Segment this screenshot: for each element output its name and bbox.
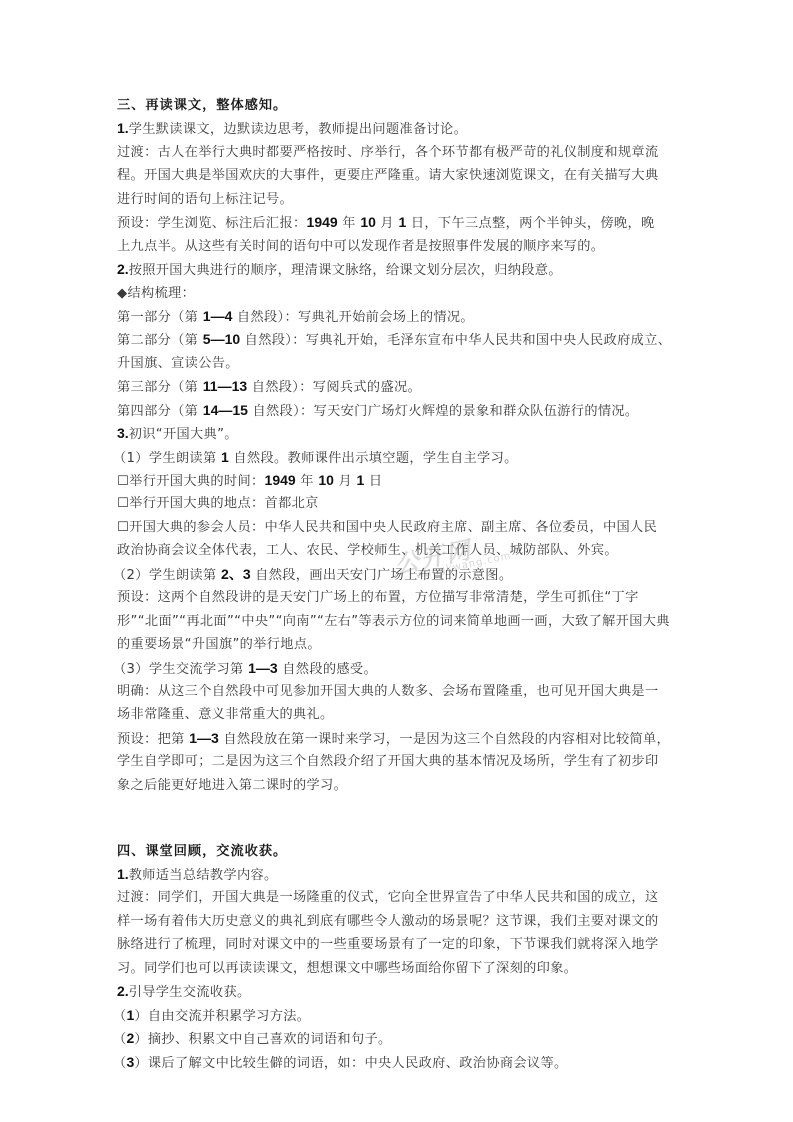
sub-item: （2）学生朗读第 2、3 自然段，画出天安门广场上布置的示意图。	[113, 563, 679, 586]
item-number: 2.	[117, 261, 129, 277]
paragraph-line: 预设：这两个自然段讲的是天安门广场上的布置，方位描写非常清楚，学生可抓住“丁字	[117, 586, 679, 609]
range: 5—10	[203, 331, 240, 347]
text: ☐举行开国大典的时间：	[117, 474, 265, 489]
text: 月	[334, 474, 357, 489]
paragraph-line: 场非常隆重、意义非常重大的典礼。	[117, 703, 679, 726]
part-line: 第一部分（第 1—4 自然段）：写典礼开始前会场上的情况。	[117, 305, 679, 328]
text: 自然段放在第一课时来学习，一是因为这三个自然段的内容相对比较简单，	[219, 732, 670, 747]
item-text: 教师适当总结教学内容。	[129, 868, 278, 883]
numbered-item: 3.初识“开国大典”。	[117, 422, 679, 445]
sub-item: （2）摘抄、积累文中自己喜欢的词语和句子。	[113, 1027, 679, 1050]
section-heading: 四、课堂回顾，交流收获。	[117, 840, 679, 863]
paragraph-line: 过渡：古人在举行大典时都要严格按时、序举行，各个环节都有极严苛的礼仪制度和规章流	[117, 141, 679, 164]
blank-item: ☐举行开国大典的时间：1949 年 10 月 1 日	[117, 469, 679, 492]
text: ）自由交流并积累学习方法。	[134, 1009, 310, 1024]
paragraph-line: 过渡：同学们，开国大典是一场隆重的仪式，它向全世界宣告了中华人民共和国的成立，这	[117, 886, 679, 909]
numbered-item: 1.教师适当总结教学内容。	[117, 863, 679, 886]
text: 自然段）：写天安门广场灯火辉煌的景象和群众队伍游行的情况。	[248, 404, 639, 419]
text: 日，下午三点整，两个半钟头，傍晚，晚	[406, 216, 654, 231]
structure-label: ◆结构梳理：	[117, 282, 679, 305]
paragraph-line: 的重要场景“升国旗”的举行地点。	[117, 633, 679, 656]
text: （1）学生朗读第	[113, 451, 221, 466]
sub-item: （1）学生朗读第 1 自然段。教师课件出示填空题，学生自主学习。	[113, 446, 679, 469]
paragraph-line: 学生自学即可；二是因为这三个自然段介绍了开国大典的基本情况及场所，学生有了初步印	[117, 750, 679, 773]
range: 14—15	[203, 402, 248, 418]
paragraph-line: 预设：学生浏览、标注后汇报：1949 年 10 月 1 日，下午三点整，两个半钟…	[117, 211, 679, 234]
item-text: 按照开国大典进行的顺序，理清课文脉络，给课文划分层次，归纳段意。	[129, 263, 562, 278]
item-text: 初识“开国大典”。	[129, 427, 238, 442]
text: 月	[376, 216, 399, 231]
text: 预设：把第	[117, 732, 189, 747]
text: 第一部分（第	[117, 310, 203, 325]
text: 预设：学生浏览、标注后汇报：	[117, 216, 307, 231]
text: 第四部分（第	[117, 404, 203, 419]
paragraph-line: 明确：从这三个自然段中可见参加开国大典的人数多、会场布置隆重，也可见开国大典是一	[117, 680, 679, 703]
blank-item: ☐举行开国大典的地点：首都北京	[117, 492, 679, 515]
number: 1—3	[189, 730, 219, 746]
part-line: 第四部分（第 14—15 自然段）：写天安门广场灯火辉煌的景象和群众队伍游行的情…	[117, 399, 679, 422]
item-text: 引导学生交流收获。	[129, 985, 251, 1000]
item-number: 1.	[117, 866, 129, 882]
year: 1949	[307, 214, 338, 230]
paragraph-line: 进行时间的语句上标注记号。	[117, 188, 679, 211]
spacer	[117, 797, 679, 820]
text: 自然段）：写典礼开始，毛泽东宣布中华人民共和国中央人民政府成立、	[240, 333, 671, 348]
year: 1949	[265, 472, 296, 488]
text: 自然段的感受。	[278, 662, 377, 677]
paragraph-line: 象之后能更好地进入第二课时的学习。	[117, 774, 679, 797]
text: （	[113, 1009, 127, 1024]
text: 自然段，画出天安门广场上布置的示意图。	[251, 568, 513, 583]
part-line: 第三部分（第 11—13 自然段）：写阅兵式的盛况。	[117, 375, 679, 398]
text: （2）学生朗读第	[113, 568, 221, 583]
number: 2、3	[221, 566, 251, 582]
blank-item: ☐开国大典的参会人员：中华人民共和国中央人民政府主席、副主席、各位委员，中国人民	[117, 516, 679, 539]
text: 自然段）：写阅兵式的盛况。	[247, 380, 421, 395]
part-line-cont: 升国旗、宣读公告。	[117, 352, 679, 375]
number: 1	[221, 449, 229, 465]
text: 第三部分（第	[117, 380, 203, 395]
sub-item: （3）课后了解文中比较生僻的词语，如：中央人民政府、政治协商会议等。	[113, 1051, 679, 1074]
text: ）课后了解文中比较生僻的词语，如：中央人民政府、政治协商会议等。	[134, 1056, 567, 1071]
paragraph-line: 上九点半。从这些有关时间的语句中可以发现作者是按照事件发展的顺序来写的。	[117, 235, 679, 258]
sub-item: （3）学生交流学习第 1—3 自然段的感受。	[113, 657, 679, 680]
item-number: 1.	[117, 120, 129, 136]
text: 自然段。教师课件出示填空题，学生自主学习。	[229, 451, 518, 466]
section-heading: 三、再读课文，整体感知。	[117, 94, 679, 117]
text: 日	[364, 474, 382, 489]
part-line: 第二部分（第 5—10 自然段）：写典礼开始，毛泽东宣布中华人民共和国中央人民政…	[117, 328, 679, 351]
text: 年	[296, 474, 319, 489]
month: 10	[318, 472, 334, 488]
range: 11—13	[203, 378, 247, 394]
month: 10	[360, 214, 376, 230]
spacer	[117, 821, 679, 840]
text: （	[113, 1056, 127, 1071]
paragraph-line: 习。同学们也可以再读读课文，想想课文中哪些场面给你留下了深刻的印象。	[117, 957, 679, 980]
text: （3）学生交流学习第	[113, 662, 248, 677]
item-text: 学生默读课文，边默读边思考，教师提出问题准备讨论。	[129, 122, 467, 137]
document-page: 三、再读课文，整体感知。 1.学生默读课文，边默读边思考，教师提出问题准备讨论。…	[117, 94, 679, 1074]
number: 1—3	[248, 660, 278, 676]
item-number: 3.	[117, 425, 129, 441]
blank-item-cont: 政治协商会议全体代表，工人、农民、学校师生、机关工作人员、城防部队、外宾。	[117, 539, 679, 562]
numbered-item: 1.学生默读课文，边默读边思考，教师提出问题准备讨论。	[117, 117, 679, 140]
numbered-item: 2.引导学生交流收获。	[117, 980, 679, 1003]
text: 自然段）：写典礼开始前会场上的情况。	[232, 310, 474, 325]
paragraph-line: 预设：把第 1—3 自然段放在第一课时来学习，一是因为这三个自然段的内容相对比较…	[117, 727, 679, 750]
sub-item: （1）自由交流并积累学习方法。	[113, 1004, 679, 1027]
paragraph-line: 形”“北面”“再北面”“中央”“向南”“左右”等表示方位的词来简单地画一画，大致…	[117, 610, 679, 633]
text: 第二部分（第	[117, 333, 203, 348]
text: ）摘抄、积累文中自己喜欢的词语和句子。	[134, 1032, 391, 1047]
item-number: 2.	[117, 983, 129, 999]
paragraph-line: 样一场有着伟大历史意义的典礼到底有哪些令人激动的场景呢？这节课，我们主要对课文的	[117, 910, 679, 933]
paragraph-line: 脉络进行了梳理，同时对课文中的一些重要场景有了一定的印象，下节课我们就将深入地学	[117, 933, 679, 956]
paragraph-line: 程。开国大典是举国欢庆的大事件，更要庄严隆重。请大家快速浏览课文，在有关描写大典	[117, 164, 679, 187]
range: 1—4	[203, 308, 233, 324]
text: 年	[338, 216, 361, 231]
text: （	[113, 1032, 127, 1047]
numbered-item: 2.按照开国大典进行的顺序，理清课文脉络，给课文划分层次，归纳段意。	[117, 258, 679, 281]
